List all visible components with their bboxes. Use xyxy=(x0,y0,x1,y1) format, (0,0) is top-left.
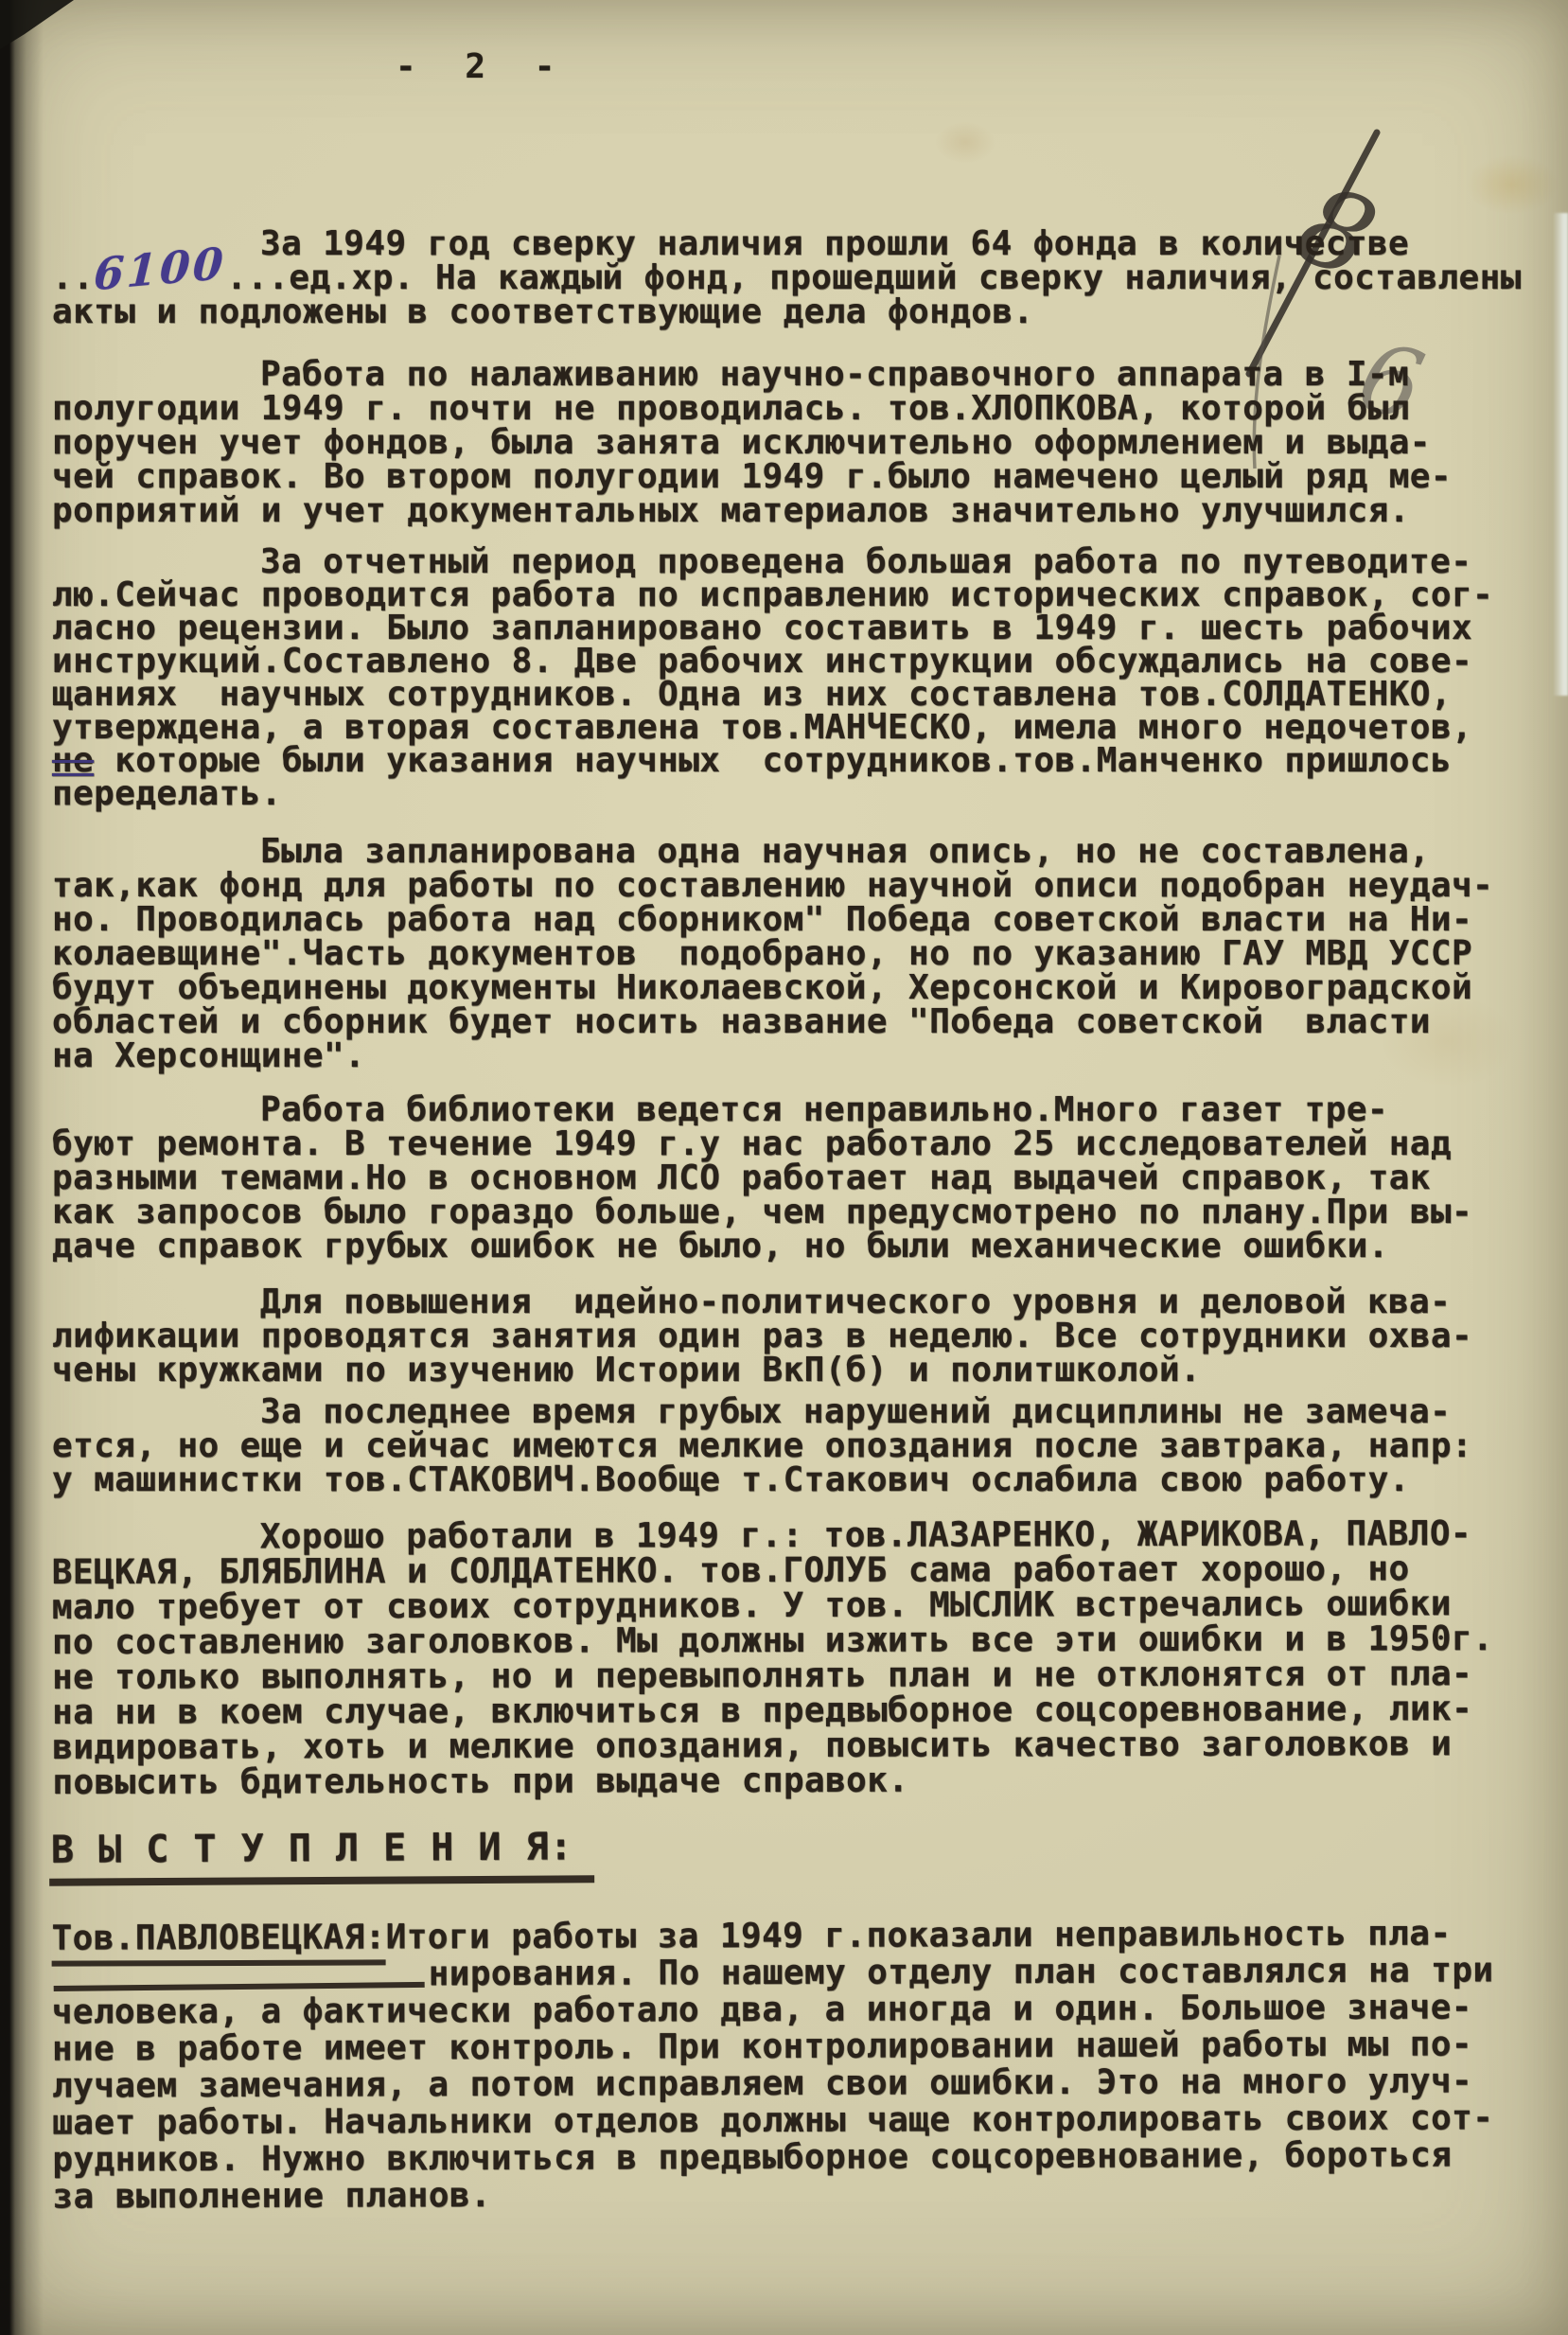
text-line: буют ремонта. В течение 1949 г.у нас раб… xyxy=(52,1127,1472,1161)
text-line: За отчетный период проведена большая раб… xyxy=(52,545,1493,578)
text-line: ние в работе имеет контроль. При контрол… xyxy=(52,2025,1494,2067)
text-line: инструкций.Составлено 8. Две рабочих инс… xyxy=(52,645,1493,678)
text-line: полугодии 1949 г. почти не проводилась. … xyxy=(52,392,1452,426)
paragraph-2: Работа по налаживанию научно-справочного… xyxy=(52,358,1452,528)
section-heading-speeches: В Ы С Т У П Л Е Н И Я: xyxy=(49,1825,594,1886)
text-line: ..6100...ед.хр. На каждый фонд, прошедши… xyxy=(52,261,1522,295)
text-line: Была запланирована одна научная опись, н… xyxy=(52,835,1493,869)
typed-dots: .. xyxy=(52,258,94,297)
typed-text: Итоги работы за 1949 г.показали неправил… xyxy=(386,1914,1452,1956)
text-line: но. Проводилась работа над сборником" По… xyxy=(52,903,1493,937)
text-line: ласно рецензии. Было запланировано соста… xyxy=(52,611,1493,645)
paragraph-5: Работа библиотеки ведется неправильно.Мн… xyxy=(52,1093,1472,1264)
text-line: акты и подложены в соответствующие дела … xyxy=(52,295,1522,329)
speech-paragraph: Тов.ПАВЛОВЕЦКАЯ:Итоги работы за 1949 г.п… xyxy=(51,1915,1494,2215)
handwritten-count: 6100 xyxy=(94,263,225,274)
text-line: ется, но еще и сейчас имеются мелкие опо… xyxy=(52,1429,1472,1463)
typed-text: ед.хр. На каждый фонд, прошедший сверку … xyxy=(289,258,1521,297)
text-line: видировать, хоть и мелкие опоздания, пов… xyxy=(52,1726,1493,1765)
text-line: так,как фонд для работы по составлению н… xyxy=(52,869,1493,903)
text-line: шает работы. Начальники отделов должны ч… xyxy=(52,2099,1494,2141)
text-line: чей справок. Во втором полугодии 1949 г.… xyxy=(52,460,1452,494)
text-line: у машинистки тов.СТАКОВИЧ.Вообще т.Стако… xyxy=(52,1463,1472,1497)
text-line: на Херсонщине". xyxy=(52,1039,1493,1073)
page-edge-highlight xyxy=(1553,213,1568,696)
text-line: переделать. xyxy=(52,777,1493,810)
text-line: за выполнение планов. xyxy=(52,2173,1494,2215)
text-line: лучаем замечания, а потом исправляем сво… xyxy=(52,2062,1494,2104)
paragraph-1: За 1949 год сверку наличия прошли 64 фон… xyxy=(52,227,1522,329)
text-line: Для повышения идейно-политического уровн… xyxy=(52,1285,1472,1319)
text-line: За последнее время грубых нарушений дисц… xyxy=(52,1395,1472,1429)
text-line: человека, а фактически работало два, а и… xyxy=(52,1989,1494,2030)
typed-text: которые были указания научных сотруднико… xyxy=(94,741,1452,780)
speaker-name: Тов.ПАВЛОВЕЦКАЯ: xyxy=(51,1918,385,1966)
text-line: щаниях научных сотрудников. Одна из них … xyxy=(52,678,1493,711)
paragraph-8: Хорошо работали в 1949 г.: тов.ЛАЗАРЕНКО… xyxy=(52,1516,1494,1800)
paragraph-6: Для повышения идейно-политического уровн… xyxy=(52,1285,1472,1388)
page-number: - 2 - xyxy=(396,47,556,86)
typed-dots: ... xyxy=(226,258,289,297)
paragraph-3: За отчетный период проведена большая раб… xyxy=(52,545,1493,810)
text-line: лификации проводятся занятия один раз в … xyxy=(52,1319,1472,1353)
text-line: утверждена, а вторая составлена тов.МАНЧ… xyxy=(52,711,1493,744)
text-line: поручен учет фондов, была занята исключи… xyxy=(52,426,1452,460)
book-spine-shadow xyxy=(0,0,44,2335)
text-line: не которые были указания научных сотрудн… xyxy=(52,744,1493,777)
text-line: Работа библиотеки ведется неправильно.Мн… xyxy=(52,1093,1472,1127)
text-line: чены кружками по изучению Истории ВкП(б)… xyxy=(52,1353,1472,1388)
text-line: областей и сборник будет носить название… xyxy=(52,1005,1493,1039)
text-line: За 1949 год сверку наличия прошли 64 фон… xyxy=(52,227,1522,261)
scanned-document-page: - 2 - 8 6 За 1949 год сверку наличия про… xyxy=(0,0,1568,2335)
text-line: даче справок грубых ошибок не было, но б… xyxy=(52,1229,1472,1264)
text-line: колаевщине".Часть документов подобрано, … xyxy=(52,937,1493,971)
text-line: роприятий и учет документальных материал… xyxy=(52,494,1452,528)
text-line: как запросов было гораздо больше, чем пр… xyxy=(52,1195,1472,1229)
paragraph-4: Была запланирована одна научная опись, н… xyxy=(52,835,1493,1073)
text-line: будут объединены документы Николаевской,… xyxy=(52,971,1493,1005)
text-line: рудников. Нужно включиться в предвыборно… xyxy=(52,2136,1494,2178)
text-line: лю.Сейчас проводится работа по исправлен… xyxy=(52,578,1493,611)
text-line: повысить бдительность при выдаче справок… xyxy=(52,1761,1493,1800)
text-line: Тов.ПАВЛОВЕЦКАЯ:Итоги работы за 1949 г.п… xyxy=(51,1915,1493,1956)
paragraph-7: За последнее время грубых нарушений дисц… xyxy=(52,1395,1472,1497)
text-line: разными темами.Но в основном ЛСО работае… xyxy=(52,1161,1472,1195)
text-line: Работа по налаживанию научно-справочного… xyxy=(52,358,1452,392)
